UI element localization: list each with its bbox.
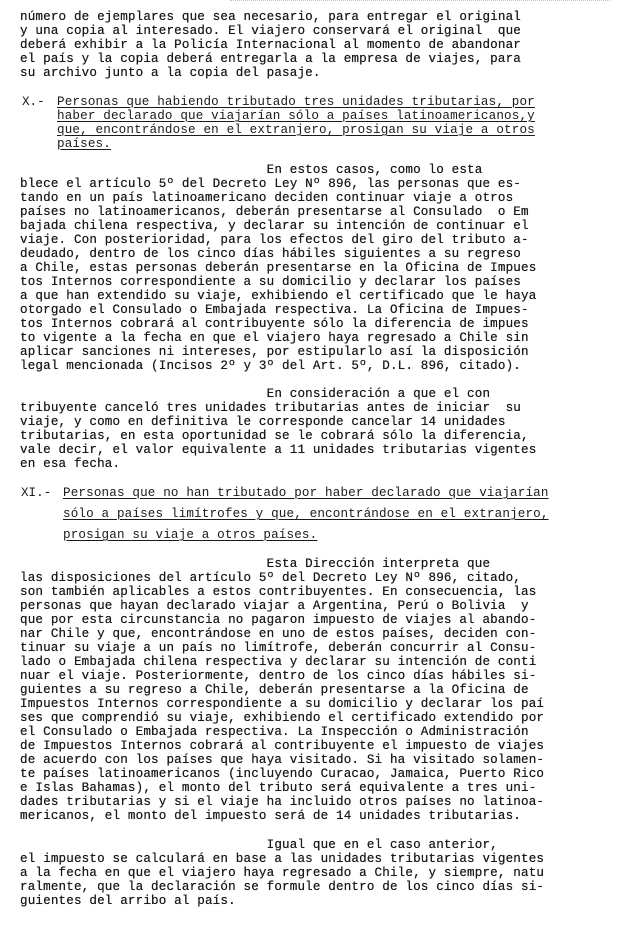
paragraph-line: viaje. Con posterioridad, para los efect… bbox=[20, 233, 529, 247]
paragraph-line: en esa fecha. bbox=[20, 457, 120, 471]
paragraph-line: En consideración a que el con bbox=[20, 387, 490, 401]
paragraph-line: tos Internos correspondiente a su domici… bbox=[20, 275, 521, 289]
paragraph-line: vale decir, el valor equivalente a 11 un… bbox=[20, 443, 536, 457]
scan-artifact bbox=[230, 0, 610, 4]
paragraph-line: otorgado el Consulado o Embajada respect… bbox=[20, 303, 529, 317]
paragraph-line: el Consulado o Embajada respectiva. La I… bbox=[20, 725, 529, 739]
paragraph-line: aplicar sanciones ni intereses, por esti… bbox=[20, 345, 529, 359]
paragraph-line: te países latinoamericanos (incluyendo C… bbox=[20, 767, 544, 781]
paragraph-line: el impuesto se calculará en base a las u… bbox=[20, 852, 544, 866]
paragraph-line: países no latinoamericanos, deberán pres… bbox=[20, 205, 529, 219]
paragraph-line: a que han extendido su viaje, exhibiendo… bbox=[20, 289, 536, 303]
paragraph-line: bajada chilena respectiva, y declarar su… bbox=[20, 219, 529, 233]
paragraph-line: blece el artículo 5º del Decreto Ley Nº … bbox=[20, 177, 521, 191]
section-x-heading-line: Personas que habiendo tributado tres uni… bbox=[57, 95, 535, 109]
section-xi-heading-line: prosigan su viaje a otros países. bbox=[63, 528, 317, 542]
intro-line: y una copia al interesado. El viajero co… bbox=[20, 24, 521, 38]
intro-line: deberá exhibir a la Policía Internaciona… bbox=[20, 38, 521, 52]
paragraph-line: guientes a su regreso a Chile, deberán p… bbox=[20, 683, 529, 697]
paragraph-line: que por esta circunstancia no pagaron im… bbox=[20, 613, 536, 627]
paragraph-line: son también aplicables a estos contribuy… bbox=[20, 585, 536, 599]
paragraph-line: de Impuestos Internos cobrará al contrib… bbox=[20, 739, 544, 753]
paragraph-line: dades tributarias y si el viaje ha inclu… bbox=[20, 795, 544, 809]
paragraph-line: nar Chile y que, encontrándose en uno de… bbox=[20, 627, 536, 641]
paragraph-line: mericanos, el monto del impuesto será de… bbox=[20, 809, 521, 823]
paragraph-line: Igual que en el caso anterior, bbox=[20, 838, 498, 852]
section-xi-heading-line: Personas que no han tributado por haber … bbox=[63, 486, 549, 500]
paragraph-line: a Chile, estas personas deberán presenta… bbox=[20, 261, 536, 275]
section-x-heading-line: países. bbox=[57, 137, 111, 151]
paragraph-line: ses que comprendió su viaje, exhibiendo … bbox=[20, 711, 544, 725]
intro-line: el país y la copia deberá entregarla a l… bbox=[20, 52, 521, 66]
paragraph-line: Impuestos Internos correspondiente a su … bbox=[20, 697, 544, 711]
paragraph-line: viaje, y como en definitiva le correspon… bbox=[20, 415, 506, 429]
paragraph-line: las disposiciones del artículo 5º del De… bbox=[20, 571, 521, 585]
paragraph-line: tinuar su viaje a un país no limítrofe, … bbox=[20, 641, 536, 655]
section-xi-label: XI.- bbox=[21, 486, 51, 500]
paragraph-line: Esta Dirección interpreta que bbox=[20, 557, 490, 571]
paragraph-line: tributarias, en esta oportunidad se le c… bbox=[20, 429, 529, 443]
paragraph-line: tos Internos cobrará al contribuyente só… bbox=[20, 317, 529, 331]
paragraph-line: tribuyente canceló tres unidades tributa… bbox=[20, 401, 521, 415]
paragraph-line: a la fecha en que el viajero haya regres… bbox=[20, 866, 544, 880]
paragraph-line: tando en un país latinoamericano deciden… bbox=[20, 191, 513, 205]
section-x-heading-line: que, encontrándose en el extranjero, pro… bbox=[57, 123, 535, 137]
paragraph-line: legal mencionada (Incisos 2º y 3º del Ar… bbox=[20, 359, 521, 373]
paragraph-line: En estos casos, como lo esta bbox=[20, 163, 482, 177]
paragraph-line: to vigente a la fecha en que el viajero … bbox=[20, 331, 529, 345]
paragraph-line: personas que hayan declarado viajar a Ar… bbox=[20, 599, 529, 613]
paragraph-line: de acuerdo con los países que haya visit… bbox=[20, 753, 544, 767]
paragraph-line: e Islas Bahamas), el monto del tributo s… bbox=[20, 781, 536, 795]
document-page: número de ejemplares que sea necesario, … bbox=[0, 0, 630, 934]
intro-line: su archivo junto a la copia del pasaje. bbox=[20, 66, 321, 80]
section-xi-heading-line: sólo a países limítrofes y que, encontrá… bbox=[63, 507, 549, 521]
paragraph-line: ralmente, que la declaración se formule … bbox=[20, 880, 544, 894]
section-x-heading-line: haber declarado que viajarían sólo a paí… bbox=[57, 109, 535, 123]
section-x-label: X.- bbox=[22, 95, 45, 109]
paragraph-line: guientes del arribo al país. bbox=[20, 894, 236, 908]
paragraph-line: deudado, dentro de los cinco días hábile… bbox=[20, 247, 521, 261]
paragraph-line: nuar el viaje. Posteriormente, dentro de… bbox=[20, 669, 536, 683]
paragraph-line: lado o Embajada chilena respectiva y dec… bbox=[20, 655, 536, 669]
intro-line: número de ejemplares que sea necesario, … bbox=[20, 10, 521, 24]
